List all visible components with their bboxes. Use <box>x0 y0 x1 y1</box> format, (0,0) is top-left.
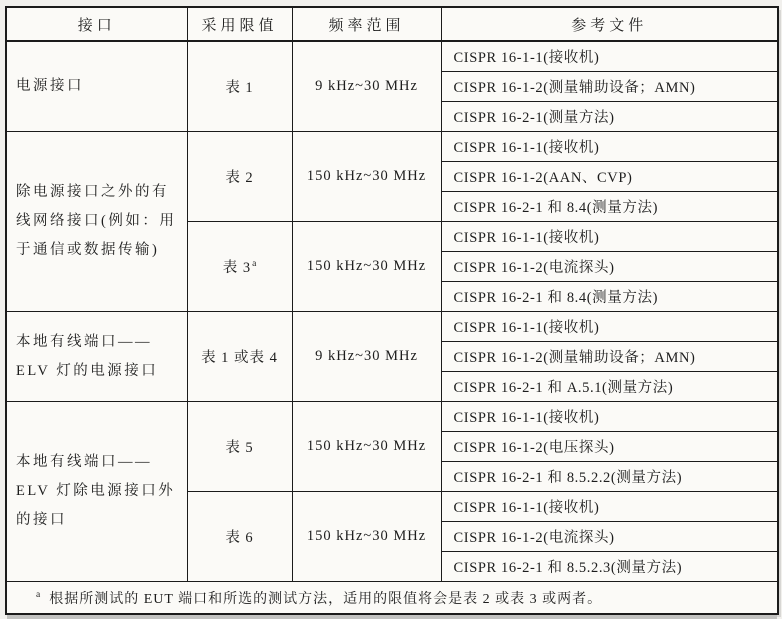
footnote: a 根据所测试的 EUT 端口和所选的测试方法，适用的限值将会是表 2 或表 3… <box>6 582 778 615</box>
freq-cell: 150 kHz~30 MHz <box>292 132 441 222</box>
interface-cell: 电源接口 <box>6 41 187 132</box>
limit-cell: 表 6 <box>187 492 292 582</box>
ref-cell: CISPR 16-2-1 和 8.4(测量方法) <box>441 282 778 312</box>
ref-cell: CISPR 16-1-2(电流探头) <box>441 252 778 282</box>
freq-cell: 150 kHz~30 MHz <box>292 222 441 312</box>
scanned-document-page: 接口 采用限值 频率范围 参考文件 电源接口 表 1 9 kHz~30 MHz … <box>0 0 782 615</box>
ref-cell: CISPR 16-1-1(接收机) <box>441 402 778 432</box>
limit-cell: 表 2 <box>187 132 292 222</box>
interface-cell: 除电源接口之外的有线网络接口(例如：用于通信或数据传输) <box>6 132 187 312</box>
table-row: 除电源接口之外的有线网络接口(例如：用于通信或数据传输) 表 2 150 kHz… <box>6 132 778 162</box>
table-row: 本地有线端口——ELV 灯除电源接口外的接口 表 5 150 kHz~30 MH… <box>6 402 778 432</box>
header-interface: 接口 <box>6 7 187 41</box>
ref-cell: CISPR 16-1-2(测量辅助设备；AMN) <box>441 72 778 102</box>
table-row: a 根据所测试的 EUT 端口和所选的测试方法，适用的限值将会是表 2 或表 3… <box>6 582 778 615</box>
ref-cell: CISPR 16-2-1 和 8.4(测量方法) <box>441 192 778 222</box>
header-refs: 参考文件 <box>441 7 778 41</box>
table-row: 本地有线端口——ELV 灯的电源接口 表 1 或表 4 9 kHz~30 MHz… <box>6 312 778 342</box>
ref-cell: CISPR 16-1-2(电流探头) <box>441 522 778 552</box>
ref-cell: CISPR 16-1-1(接收机) <box>441 312 778 342</box>
limit-cell: 表 3a <box>187 222 292 312</box>
footnote-marker-superscript: a <box>252 259 256 269</box>
table-row: 电源接口 表 1 9 kHz~30 MHz CISPR 16-1-1(接收机) <box>6 41 778 72</box>
ref-cell: CISPR 16-2-1(测量方法) <box>441 102 778 132</box>
freq-cell: 150 kHz~30 MHz <box>292 402 441 492</box>
limit-label: 表 6 <box>225 530 253 546</box>
ref-cell: CISPR 16-1-1(接收机) <box>441 41 778 72</box>
freq-cell: 150 kHz~30 MHz <box>292 492 441 582</box>
ref-cell: CISPR 16-1-2(AAN、CVP) <box>441 162 778 192</box>
limit-label: 表 1 或表 4 <box>201 350 278 366</box>
footnote-text: 根据所测试的 EUT 端口和所选的测试方法，适用的限值将会是表 2 或表 3 或… <box>49 592 602 607</box>
ref-cell: CISPR 16-2-1 和 8.5.2.3(测量方法) <box>441 552 778 582</box>
ref-cell: CISPR 16-1-2(电压探头) <box>441 432 778 462</box>
ref-cell: CISPR 16-1-1(接收机) <box>441 132 778 162</box>
interface-cell: 本地有线端口——ELV 灯的电源接口 <box>6 312 187 402</box>
limit-label: 表 5 <box>225 440 253 456</box>
limit-label: 表 1 <box>225 80 253 96</box>
limit-cell: 表 5 <box>187 402 292 492</box>
ref-cell: CISPR 16-2-1 和 8.5.2.2(测量方法) <box>441 462 778 492</box>
header-limit: 采用限值 <box>187 7 292 41</box>
limit-label: 表 3 <box>223 260 251 276</box>
table-header-row: 接口 采用限值 频率范围 参考文件 <box>6 7 778 41</box>
freq-cell: 9 kHz~30 MHz <box>292 312 441 402</box>
ref-cell: CISPR 16-2-1 和 A.5.1(测量方法) <box>441 372 778 402</box>
header-freq: 频率范围 <box>292 7 441 41</box>
ref-cell: CISPR 16-1-1(接收机) <box>441 492 778 522</box>
freq-cell: 9 kHz~30 MHz <box>292 41 441 132</box>
limit-cell: 表 1 或表 4 <box>187 312 292 402</box>
limit-label: 表 2 <box>225 170 253 186</box>
ref-cell: CISPR 16-1-1(接收机) <box>441 222 778 252</box>
interface-cell: 本地有线端口——ELV 灯除电源接口外的接口 <box>6 402 187 582</box>
limit-cell: 表 1 <box>187 41 292 132</box>
cispr-reference-table: 接口 采用限值 频率范围 参考文件 电源接口 表 1 9 kHz~30 MHz … <box>5 6 779 615</box>
ref-cell: CISPR 16-1-2(测量辅助设备；AMN) <box>441 342 778 372</box>
footnote-marker-superscript: a <box>36 590 40 600</box>
